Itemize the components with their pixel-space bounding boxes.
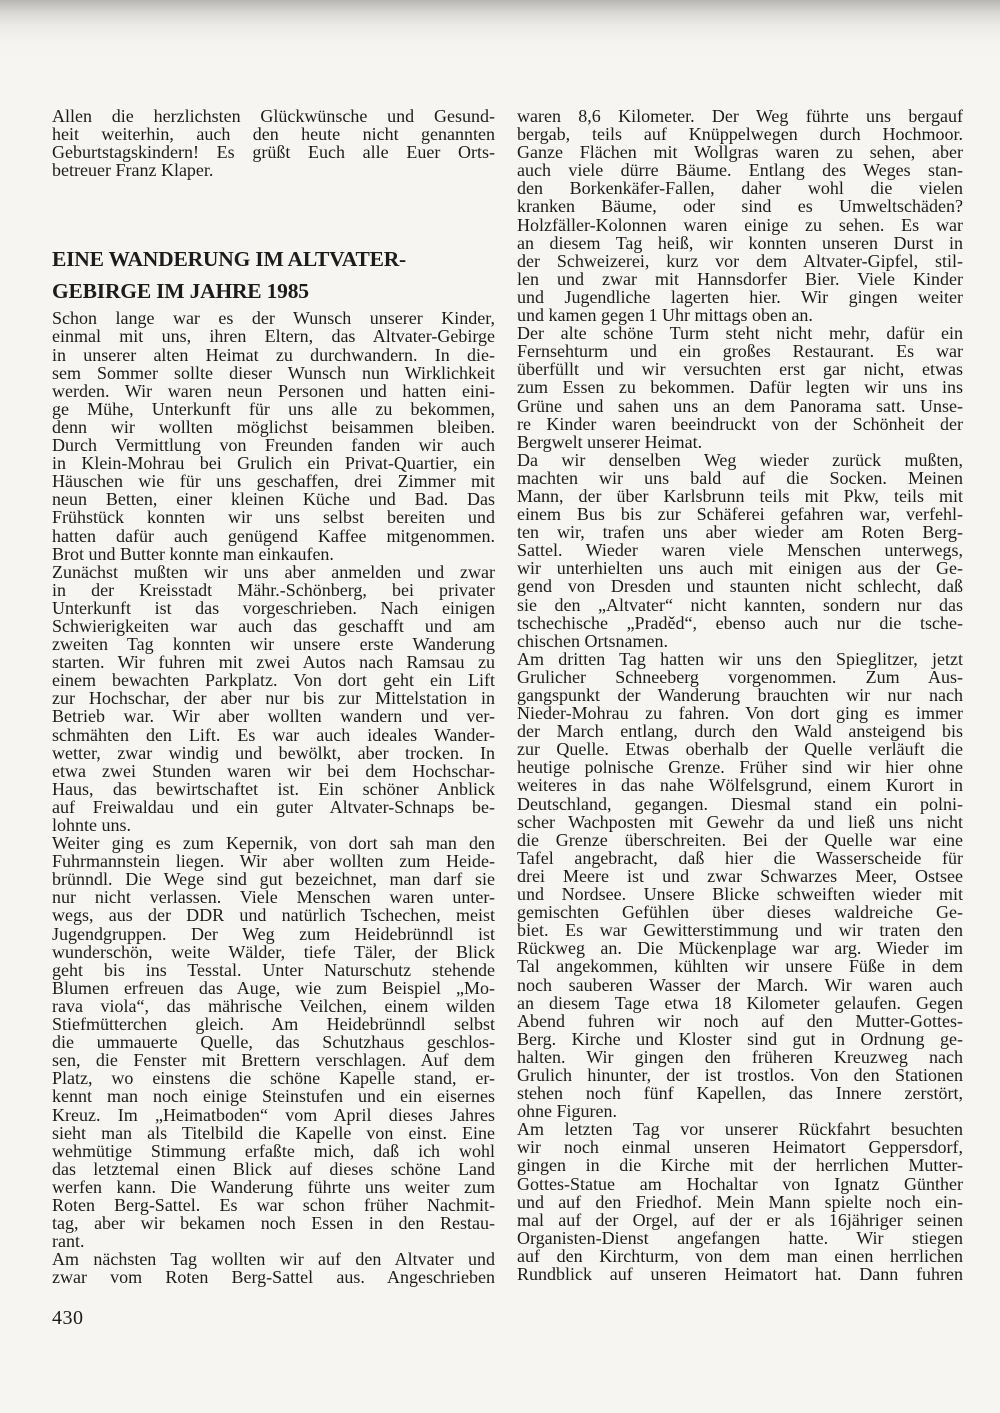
text-line: und Nordsee. Unsere Blicke schweiften wi… (517, 885, 963, 903)
text-line: Allen die herzlichsten Glückwünsche und … (52, 107, 495, 125)
text-line: etwa zwei Stunden waren wir bei dem Hoch… (52, 762, 495, 780)
text-line: den Borkenkäfer-Fallen, daher wohl die v… (517, 179, 963, 197)
paragraph: Der alte schöne Turm steht nicht mehr, d… (517, 324, 963, 451)
paragraph: Schon lange war es der Wunsch unserer Ki… (52, 309, 495, 562)
text-line: Grulicher Schneeberg vorgenommen. Zum Au… (517, 668, 963, 686)
text-line: Platz, wo einstens die schöne Kapelle st… (52, 1069, 495, 1087)
text-line: wunderschön, weite Wälder, tiefe Täler, … (52, 943, 495, 961)
text-line: gemischten Gefühlen über dieses waldreic… (517, 903, 963, 921)
text-line: Da wir denselben Weg wieder zurück mußte… (517, 451, 963, 469)
text-line: Ganze Flächen mit Wollgras waren zu sehe… (517, 143, 963, 161)
text-line: an diesem Tage etwa 18 Kilometer gelaufe… (517, 994, 963, 1012)
text-line: Mann, der über Karlsbrunn teils mit Pkw,… (517, 487, 963, 505)
text-line: auch viele dürre Bäume. Entlang des Wege… (517, 161, 963, 179)
paragraph: Zunächst mußten wir uns aber anmelden un… (52, 563, 495, 834)
text-line: rava viola“, das mährische Veilchen, ein… (52, 997, 495, 1015)
text-line: denn wir wollten möglichst beisammen ble… (52, 418, 495, 436)
text-line: der March entlang, durch den Wald anstei… (517, 722, 963, 740)
text-line: und kamen gegen 1 Uhr mittags oben an. (517, 306, 963, 324)
text-line: das letztemal einen Blick auf dieses sch… (52, 1160, 495, 1178)
text-line: bergab, teils auf Knüppelwegen durch Hoc… (517, 125, 963, 143)
text-line: auf den Kirchturm, von dem man einen her… (517, 1247, 963, 1265)
text-line: die Grenze überschreiten. Bei der Quelle… (517, 831, 963, 849)
text-line: zwar vom Roten Berg-Sattel aus. Angeschr… (52, 1268, 495, 1286)
article-title: EINE WANDERUNG IM ALTVATER-GEBIRGE IM JA… (52, 243, 495, 307)
text-line: Berg. Kirche und Kloster sind gut in Ord… (517, 1030, 963, 1048)
paragraph: Weiter ging es zum Kepernik, von dort sa… (52, 834, 495, 1250)
text-line: geht bis ins Tesstal. Unter Naturschutz … (52, 961, 495, 979)
text-line: gend von Dresden und staunten nicht schl… (517, 577, 963, 595)
text-line: Haus, das bewirtschaftet ist. Ein schöne… (52, 780, 495, 798)
text-line: Am nächsten Tag wollten wir auf den Altv… (52, 1250, 495, 1268)
left-column-paragraphs: Schon lange war es der Wunsch unserer Ki… (52, 309, 495, 1286)
text-line: gangspunkt der Wanderung brauchten wir n… (517, 686, 963, 704)
intro-block: Allen die herzlichsten Glückwünsche und … (52, 107, 495, 179)
text-line: tschechische „Praděd“, ebenso auch nur d… (517, 614, 963, 632)
text-line: schmähten den Lift. Es war auch ideales … (52, 726, 495, 744)
text-line: und Jugendliche lagerten hier. Wir ginge… (517, 288, 963, 306)
text-line: wir noch einmal unseren Heimatort Gepper… (517, 1138, 963, 1156)
article-title-line: GEBIRGE IM JAHRE 1985 (52, 275, 495, 307)
text-line: Am letzten Tag vor unserer Rückfahrt bes… (517, 1120, 963, 1138)
text-line: in unserer alten Heimat zu durchwandern.… (52, 346, 495, 364)
paragraph: Allen die herzlichsten Glückwünsche und … (52, 107, 495, 179)
paragraph: Am dritten Tag hatten wir uns den Spiegl… (517, 650, 963, 1120)
text-line: Der alte schöne Turm steht nicht mehr, d… (517, 324, 963, 342)
text-line: Gottes-Statue am Hochaltar von Ignatz Gü… (517, 1175, 963, 1193)
text-line: der Schweizerei, kurz vor dem Altvater-G… (517, 252, 963, 270)
text-line: Grüne und sahen uns an dem Panorama satt… (517, 397, 963, 415)
text-line: wetter, zwar windig und bewölkt, aber tr… (52, 744, 495, 762)
text-line: ge Mühe, Unterkunft für uns alle zu beko… (52, 400, 495, 418)
page-number: 430 (52, 1306, 495, 1330)
text-line: wehmütige Stimmung erfaßte mich, daß ich… (52, 1142, 495, 1160)
text-line: werden. Wir waren neun Personen und hatt… (52, 382, 495, 400)
text-line: Holzfäller-Kolonnen waren einige zu sehe… (517, 216, 963, 234)
text-line: mal auf der Orgel, auf der er als 16jähr… (517, 1211, 963, 1229)
text-line: drei Meere ist und zwar Schwarzes Meer, … (517, 867, 963, 885)
paragraph: Da wir denselben Weg wieder zurück mußte… (517, 451, 963, 650)
text-line: Grulich hinunter, der ist trostlos. Von … (517, 1066, 963, 1084)
text-line: rant. (52, 1232, 495, 1250)
text-line: Fernsehturm und ein großes Restaurant. E… (517, 342, 963, 360)
text-line: neun Betten, einer kleinen Küche und Bad… (52, 490, 495, 508)
text-line: machten wir uns bald auf die Socken. Mei… (517, 469, 963, 487)
text-line: Rundblick auf unseren Heimatort hat. Dan… (517, 1265, 963, 1283)
text-line: re Kinder waren beeindruckt von der Schö… (517, 415, 963, 433)
text-line: zweiten Tag konnten wir unsere erste Wan… (52, 635, 495, 653)
text-line: brünndl. Die Wege sind gut bezeichnet, m… (52, 870, 495, 888)
text-line: zur Quelle. Etwas oberhalb der Quelle ve… (517, 740, 963, 758)
text-line: sem Sommer sollte dieser Wunsch nun Wirk… (52, 364, 495, 382)
text-line: Zunächst mußten wir uns aber anmelden un… (52, 563, 495, 581)
text-line: Sattel. Wieder waren viele Menschen unte… (517, 541, 963, 559)
text-line: len und zwar mit Hannsdorfer Bier. Viele… (517, 270, 963, 288)
left-column: Allen die herzlichsten Glückwünsche und … (52, 107, 495, 1330)
text-line: Brot und Butter konnte man einkaufen. (52, 545, 495, 563)
text-line: Betrieb war. Wir aber wollten wandern un… (52, 707, 495, 725)
text-line: Tafel angebracht, daß hier die Wassersch… (517, 849, 963, 867)
text-line: überfüllt und wir versuchten erst gar ni… (517, 360, 963, 378)
right-column-paragraphs: waren 8,6 Kilometer. Der Weg führte uns … (517, 107, 963, 1283)
text-line: auf Freiwaldau und ein guter Altvater-Sc… (52, 798, 495, 816)
text-line: biet. Es war Gewitterstimmung und wir tr… (517, 921, 963, 939)
text-line: nur nicht verlassen. Viele Menschen ware… (52, 888, 495, 906)
text-line: Rückweg an. Die Mückenplage war arg. Wie… (517, 939, 963, 957)
text-line: Abend fuhren wir noch auf den Mutter-Got… (517, 1012, 963, 1030)
text-line: Stiefmütterchen gleich. Am Heidebrünndl … (52, 1015, 495, 1033)
text-line: werfen kann. Die Wanderung führte uns we… (52, 1178, 495, 1196)
text-line: Jugendgruppen. Der Weg zum Heidebrünndl … (52, 925, 495, 943)
paragraph: Am letzten Tag vor unserer Rückfahrt bes… (517, 1120, 963, 1283)
text-line: ten wir, trafen uns aber wieder am Roten… (517, 523, 963, 541)
text-line: heutige polnische Grenze. Früher sind wi… (517, 758, 963, 776)
scan-edge-artifact (0, 0, 1000, 60)
text-line: zum Essen zu bekommen. Dafür legten wir … (517, 378, 963, 396)
text-line: Geburtstagskindern! Es grüßt Euch alle E… (52, 143, 495, 161)
text-line: noch sauberen Wasser der March. Wir ware… (517, 976, 963, 994)
text-line: in Klein-Mohrau bei Grulich ein Privat-Q… (52, 454, 495, 472)
text-line: scher Wachposten mit Gewehr da und ließ … (517, 813, 963, 831)
paragraph: Am nächsten Tag wollten wir auf den Altv… (52, 1250, 495, 1286)
text-line: Schon lange war es der Wunsch unserer Ki… (52, 309, 495, 327)
text-line: sen, die Fenster mit Brettern verschlage… (52, 1051, 495, 1069)
text-line: Häuschen wie für uns geschaffen, drei Zi… (52, 472, 495, 490)
text-line: Nieder-Mohrau zu fahren. Von dort ging e… (517, 704, 963, 722)
text-line: Durch Vermittlung von Freunden fanden wi… (52, 436, 495, 454)
text-line: Blumen erfreuen das Auge, wie zum Beispi… (52, 979, 495, 997)
text-line: einem Bus bis zur Schäferei gefahren war… (517, 505, 963, 523)
text-line: die ummauerte Quelle, das Schutzhaus ges… (52, 1033, 495, 1051)
text-line: in der Kreisstadt Mähr.-Schönberg, bei p… (52, 581, 495, 599)
text-line: Fuhrmannstein liegen. Wir aber wollten z… (52, 852, 495, 870)
text-line: tag, aber wir bekamen noch Essen in den … (52, 1214, 495, 1232)
text-line: wegs, aus der DDR und natürlich Tscheche… (52, 906, 495, 924)
text-line: Bergwelt unserer Heimat. (517, 433, 963, 451)
text-line: betreuer Franz Klaper. (52, 161, 495, 179)
text-line: einem bewachten Parkplatz. Von dort geht… (52, 671, 495, 689)
text-line: waren 8,6 Kilometer. Der Weg führte uns … (517, 107, 963, 125)
text-line: an diesem Tag heiß, wir konnten unseren … (517, 234, 963, 252)
text-line: Organisten-Dienst angefangen hatte. Wir … (517, 1229, 963, 1247)
text-line: ohne Figuren. (517, 1102, 963, 1120)
text-line: weiteres in das nahe Wölfelsgrund, einem… (517, 776, 963, 794)
article-title-line: EINE WANDERUNG IM ALTVATER- (52, 243, 495, 275)
text-line: Tal angekommen, kühlten wir unsere Füße … (517, 957, 963, 975)
text-line: gingen in die Kirche mit der herrlichen … (517, 1156, 963, 1174)
text-line: einmal mit uns, ihren Eltern, das Altvat… (52, 327, 495, 345)
text-line: kennt man noch einige Steinstufen und ei… (52, 1087, 495, 1105)
text-line: Deutschland, gegangen. Diesmal stand ein… (517, 795, 963, 813)
text-line: hatten dafür auch genügend Kaffee mitgen… (52, 527, 495, 545)
text-line: Unterkunft ist das vorgeschrieben. Nach … (52, 599, 495, 617)
text-line: Weiter ging es zum Kepernik, von dort sa… (52, 834, 495, 852)
text-line: Roten Berg-Sattel. Es war schon früher N… (52, 1196, 495, 1214)
text-line: zur Hochschar, der aber nur bis zur Mitt… (52, 689, 495, 707)
text-line: Kreuz. Im „Heimatboden“ vom April dieses… (52, 1106, 495, 1124)
text-line: sie den „Altvater“ nicht kannten, sonder… (517, 596, 963, 614)
text-line: lohnte uns. (52, 816, 495, 834)
text-line: starten. Wir fuhren mit zwei Autos nach … (52, 653, 495, 671)
text-line: sieht man als Titelbild die Kapelle von … (52, 1124, 495, 1142)
text-line: und auf den Friedhof. Mein Mann spielte … (517, 1193, 963, 1211)
text-line: chischen Ortsnamen. (517, 632, 963, 650)
text-line: halten. Wir gingen den früheren Kreuzweg… (517, 1048, 963, 1066)
scanned-document-page: { "page_number": "430", "intro": { "line… (0, 0, 1000, 1413)
text-line: Frühstück konnten wir uns selbst bereite… (52, 508, 495, 526)
right-column: waren 8,6 Kilometer. Der Weg führte uns … (517, 107, 963, 1283)
text-line: Am dritten Tag hatten wir uns den Spiegl… (517, 650, 963, 668)
text-line: Schwierigkeiten war auch das geschafft u… (52, 617, 495, 635)
text-line: wir unterhielten uns auch mit einigen au… (517, 559, 963, 577)
text-line: heit weiterhin, auch den heute nicht gen… (52, 125, 495, 143)
text-line: kranken Bäume, oder sind es Umweltschäde… (517, 197, 963, 215)
text-line: stehen noch fünf Kapellen, das Innere ze… (517, 1084, 963, 1102)
paragraph: waren 8,6 Kilometer. Der Weg führte uns … (517, 107, 963, 324)
